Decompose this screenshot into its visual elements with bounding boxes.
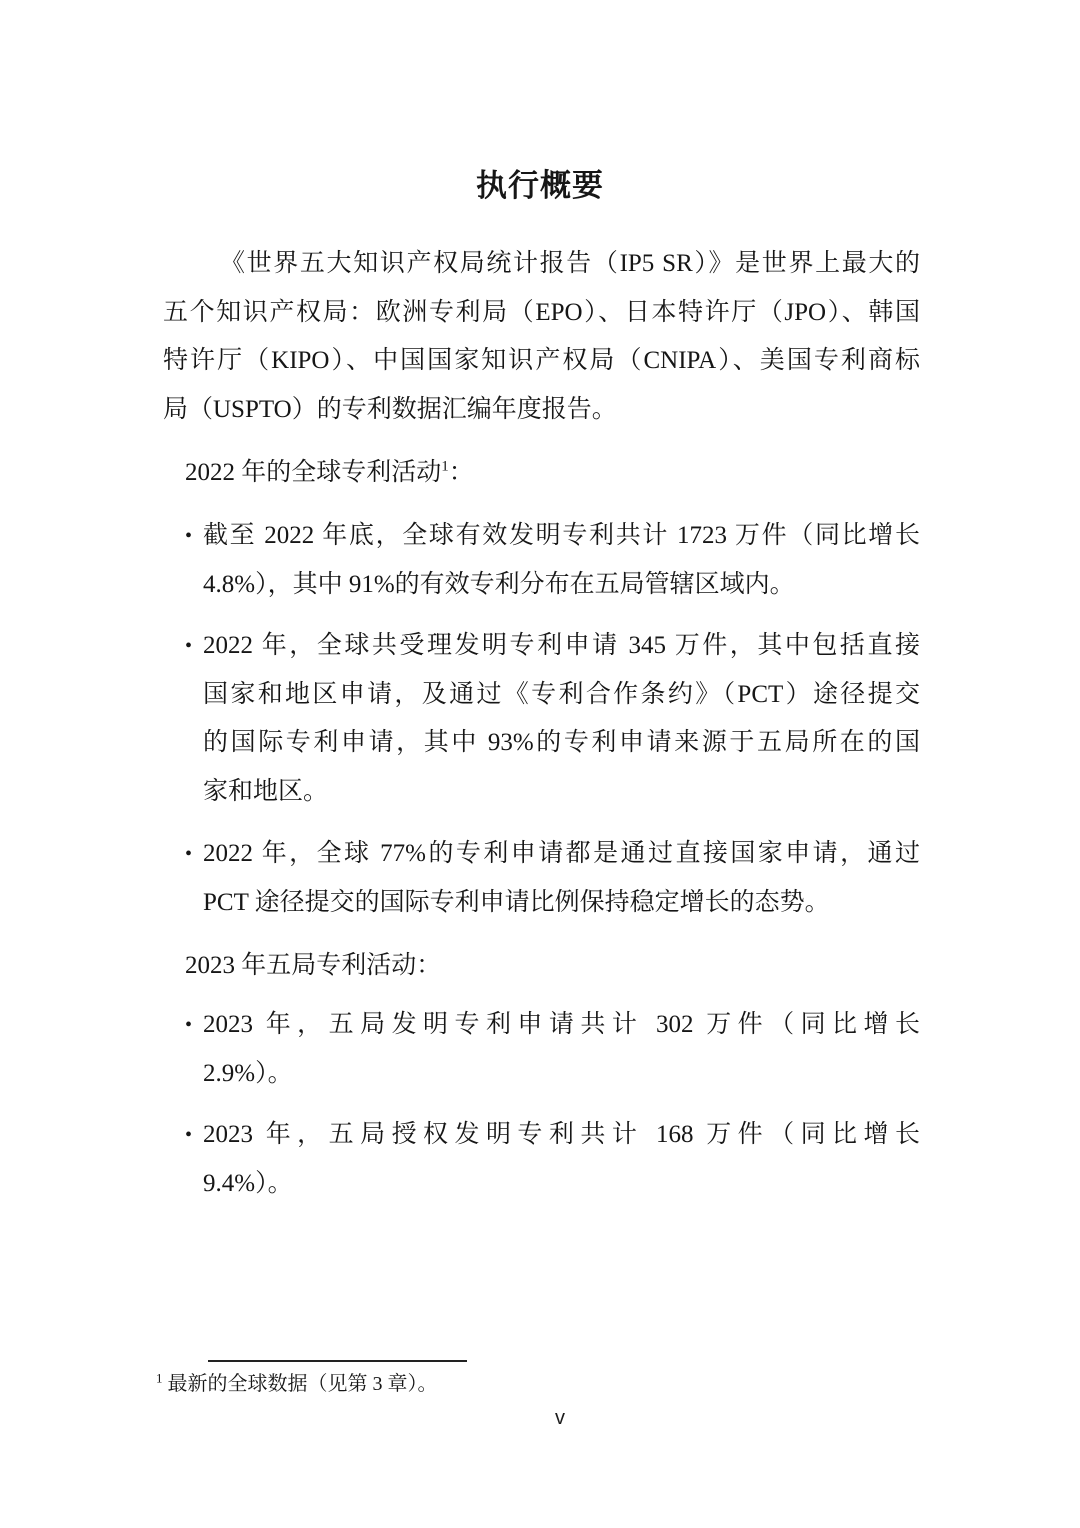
bullet-item: • 截至 2022 年底，全球有效发明专利共计 1723 万件（同比增长 4.8…	[183, 512, 920, 609]
section-heading-2023: 2023 年五局专利活动：	[185, 942, 441, 991]
section-heading-text: 2023 年五局专利活动：	[185, 952, 441, 979]
text-line: 《世界五大知识产权局统计报告（IP5 SR）》是世界上最大的	[163, 240, 920, 289]
document-page: 执行概要 《世界五大知识产权局统计报告（IP5 SR）》是世界上最大的 五个知识…	[0, 0, 1080, 1528]
text-line: 2022 年，全球 77%的专利申请都是通过直接国家申请，通过	[203, 830, 920, 879]
bullet-item: • 2022 年，全球 77%的专利申请都是通过直接国家申请，通过 PCT 途径…	[183, 830, 920, 927]
bullet-icon: •	[185, 512, 203, 561]
section-heading-2022: 2022 年的全球专利活动1：	[185, 449, 474, 498]
footnote-reference: 1	[441, 459, 449, 475]
page-number: v	[0, 1407, 1080, 1430]
bullet-icon: •	[185, 1001, 203, 1050]
bullet-icon: •	[185, 1111, 203, 1160]
intro-paragraph: 《世界五大知识产权局统计报告（IP5 SR）》是世界上最大的 五个知识产权局：欧…	[163, 240, 920, 434]
section-heading-colon: ：	[449, 459, 474, 486]
text-line: 4.8%），其中 91%的有效专利分布在五局管辖区域内。	[203, 561, 920, 610]
text-line: 2023 年，五局授权发明专利共计 168 万件（同比增长	[203, 1111, 920, 1160]
text-line: 国家和地区申请，及通过《专利合作条约》（PCT）途径提交	[203, 671, 920, 720]
text-line: 2.9%）。	[203, 1050, 920, 1099]
bullet-item: • 2023 年，五局发明专利申请共计 302 万件（同比增长 2.9%）。	[183, 1001, 920, 1098]
text-line: 局（USPTO）的专利数据汇编年度报告。	[163, 386, 920, 435]
footnote: 1 最新的全球数据（见第 3 章）。	[156, 1369, 438, 1399]
page-title: 执行概要	[0, 164, 1080, 208]
bullet-icon: •	[185, 622, 203, 671]
text-line: 截至 2022 年底，全球有效发明专利共计 1723 万件（同比增长	[203, 512, 920, 561]
text-line: 2022 年，全球共受理发明专利申请 345 万件，其中包括直接	[203, 622, 920, 671]
text-line: 家和地区。	[203, 768, 920, 817]
text-line: 9.4%）。	[203, 1160, 920, 1209]
bullet-item: • 2023 年，五局授权发明专利共计 168 万件（同比增长 9.4%）。	[183, 1111, 920, 1208]
footnote-text: 最新的全球数据（见第 3 章）。	[163, 1373, 438, 1395]
text-line: 的国际专利申请，其中 93%的专利申请来源于五局所在的国	[203, 719, 920, 768]
text-line: 五个知识产权局：欧洲专利局（EPO）、日本特许厅（JPO）、韩国	[163, 289, 920, 338]
bullet-icon: •	[185, 830, 203, 879]
text-line: 特许厅（KIPO）、中国国家知识产权局（CNIPA）、美国专利商标	[163, 337, 920, 386]
text-line: PCT 途径提交的国际专利申请比例保持稳定增长的态势。	[203, 879, 920, 928]
bullet-item: • 2022 年，全球共受理发明专利申请 345 万件，其中包括直接 国家和地区…	[183, 622, 920, 816]
section-heading-text: 2022 年的全球专利活动	[185, 459, 441, 486]
text-line: 2023 年，五局发明专利申请共计 302 万件（同比增长	[203, 1001, 920, 1050]
footnote-separator	[208, 1360, 467, 1362]
